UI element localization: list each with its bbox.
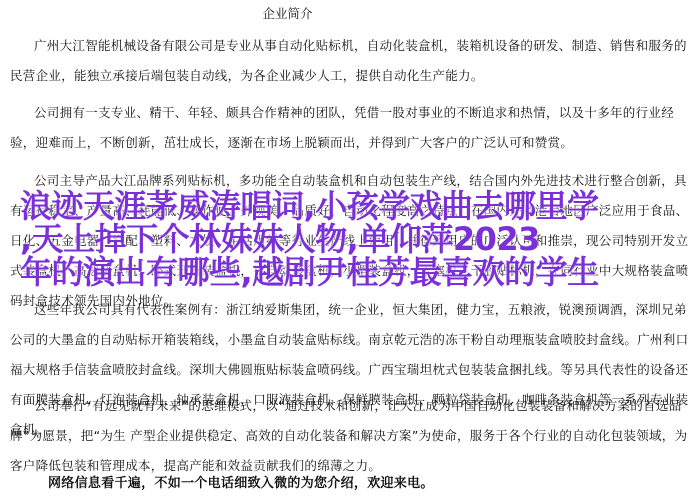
document-title: 企业简介 (0, 6, 575, 22)
closing-call-to-action: 网络信息看千遍，不如一个电话细致入微的为您介绍，欢迎来电。 (48, 472, 434, 491)
paragraph-team: 公司拥有一支专业、精干、年轻、颇具合作精神的团队，凭借一股对事业的不断追求和热情… (10, 98, 692, 158)
paragraph-vision: 公司奉行“有远见就有未来”的思维模式，以“通过技术和创新，让大江成为中国自动化包… (10, 391, 692, 481)
paragraph-intro: 广州大江智能机械设备有限公司是专业从事自动化贴标机，自动化装盒机，装箱机设备的研… (10, 31, 692, 91)
paragraph-products: 公司主导产品大江品牌系列贴标机，多功能全自动装盒机和自动包装生产线，结合国内外先… (10, 166, 692, 316)
